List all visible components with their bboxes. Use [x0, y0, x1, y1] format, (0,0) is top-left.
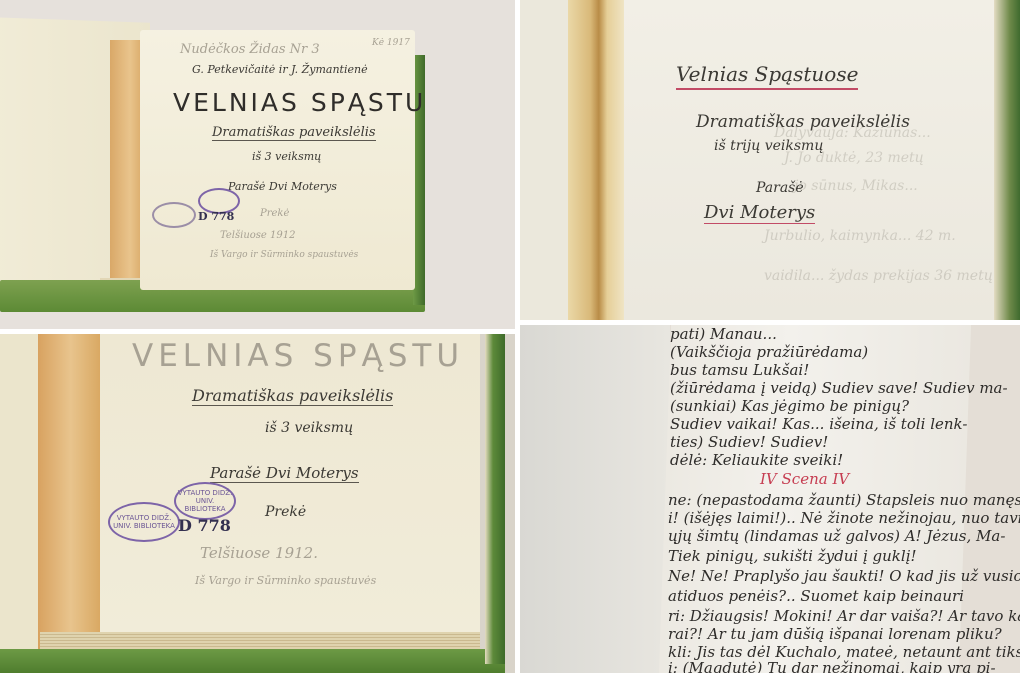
bleed-through-text: jo sūnus, Mikas...	[794, 178, 918, 194]
photo-panel-bottom-right: pati) Manau... (Vaikščioja pražiūrėdama)…	[520, 325, 1020, 673]
bleed-through-text: vaidila... žydas prekijas 36 metų	[764, 268, 993, 284]
manuscript-line: ųjų šimtų (lindamas už galvos) A! Jėzus,…	[668, 527, 1005, 545]
left-page-blurred	[520, 325, 670, 673]
manuscript-line: pati) Manau...	[670, 325, 777, 343]
manuscript-title: Velnias Spąstuose	[676, 62, 858, 90]
green-cover-edge	[994, 0, 1020, 320]
price-label: Prekė	[265, 504, 306, 520]
shelfmark: D 778	[178, 516, 231, 535]
manuscript-line: ne: (nepastodama žaunti) Stapsleis nuo m…	[668, 491, 1020, 509]
manuscript-line: (žiūrėdama į veidą) Sudiev save! Sudiev …	[670, 379, 1008, 397]
header-line: Nudėčkos Židas Nr 3	[180, 42, 320, 57]
authors-line: G. Petkevičaitė ir J. Žymantienė	[192, 63, 368, 76]
manuscript-line: atiduos penėis?.. Suomet kaip beinauri	[668, 587, 964, 605]
manuscript-line: i! (išėjęs laimi!).. Nė žinote nežinojau…	[668, 509, 1020, 527]
subtitle: Dramatiškas paveikslėlis	[192, 386, 393, 406]
manuscript-line: Tiek pinigų, sukišti žydui į guklį!	[668, 547, 916, 565]
manuscript-line: rai?! Ar tu jam dūšią išpanai lorenam pl…	[668, 625, 1002, 643]
green-cover-edge	[485, 334, 505, 664]
green-book-cover	[0, 649, 505, 673]
manuscript-acts: iš trijų veiksmų	[714, 138, 823, 154]
library-stamp-left: VYTAUTO DIDŽ. UNIV. BIBLIOTEKA	[108, 502, 180, 542]
manuscript-subtitle: Dramatiškas paveikslėlis	[696, 112, 910, 132]
acts-line: iš 3 veiksmų	[265, 420, 353, 436]
corner-note: Kė 1917	[372, 38, 410, 48]
printer-footer: Iš Vargo ir Sūrminko spaustuvės	[195, 574, 376, 587]
library-stamp-right: VYTAUTO DIDŽ. UNIV. BIBLIOTEKA	[174, 482, 236, 520]
manuscript-byline: Dvi Moterys	[704, 202, 815, 224]
photo-panel-top-left: Nudėčkos Židas Nr 3 Kė 1917 G. Petkeviča…	[0, 0, 515, 329]
manuscript-line: Sudiev vaikai! Kas... išeina, iš toli le…	[670, 415, 967, 433]
manuscript-line: i: (Magdutė) Tu dar nežinomai, kaip yra …	[668, 659, 996, 673]
manuscript-line: bus tamsu Lukšai!	[670, 361, 809, 379]
photo-panel-top-right: Dalyvauja: Kaziūnas... J. Jo duktė, 23 m…	[520, 0, 1020, 320]
bleed-through-text: Jurbulio, kaimynka... 42 m.	[764, 228, 956, 244]
manuscript-line: ri: Džiaugsis! Mokini! Ar dar vaiša?! Ar…	[668, 607, 1020, 625]
title-page-closeup: VELNIAS SPĄSTU Dramatiškas paveikslėlis …	[100, 334, 480, 634]
left-page	[520, 0, 575, 320]
manuscript-line: (sunkiai) Kas jėgimo be pinigų?	[670, 397, 909, 415]
scene-heading: IV Scena IV	[760, 470, 849, 488]
shelfmark: D 778	[198, 210, 234, 223]
manuscript-line: ties) Sudiev! Sudiev!	[670, 433, 828, 451]
photo-panel-bottom-left: VELNIAS SPĄSTU Dramatiškas paveikslėlis …	[0, 334, 515, 673]
manuscript-line: Ne! Ne! Praplyšo jau šaukti! O kad jis u…	[668, 567, 1020, 585]
library-stamp-faded	[152, 202, 196, 228]
place-year: Telšiuose 1912.	[200, 544, 318, 562]
byline: Parašė Dvi Moterys	[228, 180, 337, 193]
acts-line: iš 3 veiksmų	[252, 150, 321, 163]
price-label: Prekė	[260, 208, 289, 219]
wrote-label: Parašė	[756, 180, 804, 196]
manuscript-line: dėlė: Keliaukite sveiki!	[670, 451, 843, 469]
title: VELNIAS SPĄSTU	[173, 88, 426, 117]
book-spine-hinge	[38, 334, 103, 659]
title-page: Nudėčkos Židas Nr 3 Kė 1917 G. Petkeviča…	[140, 30, 415, 290]
byline: Parašė Dvi Moterys	[210, 464, 359, 483]
binding-gutter	[568, 0, 624, 320]
manuscript-line: (Vaikščioja pražiūrėdama)	[670, 343, 868, 361]
title: VELNIAS SPĄSTU	[132, 338, 464, 374]
subtitle: Dramatiškas paveikslėlis	[212, 125, 376, 141]
manuscript-title-page: Dalyvauja: Kaziūnas... J. Jo duktė, 23 m…	[624, 0, 994, 320]
printer-footer: Iš Vargo ir Sūrminko spaustuvės	[210, 250, 358, 260]
place-year: Telšiuose 1912	[220, 230, 295, 241]
